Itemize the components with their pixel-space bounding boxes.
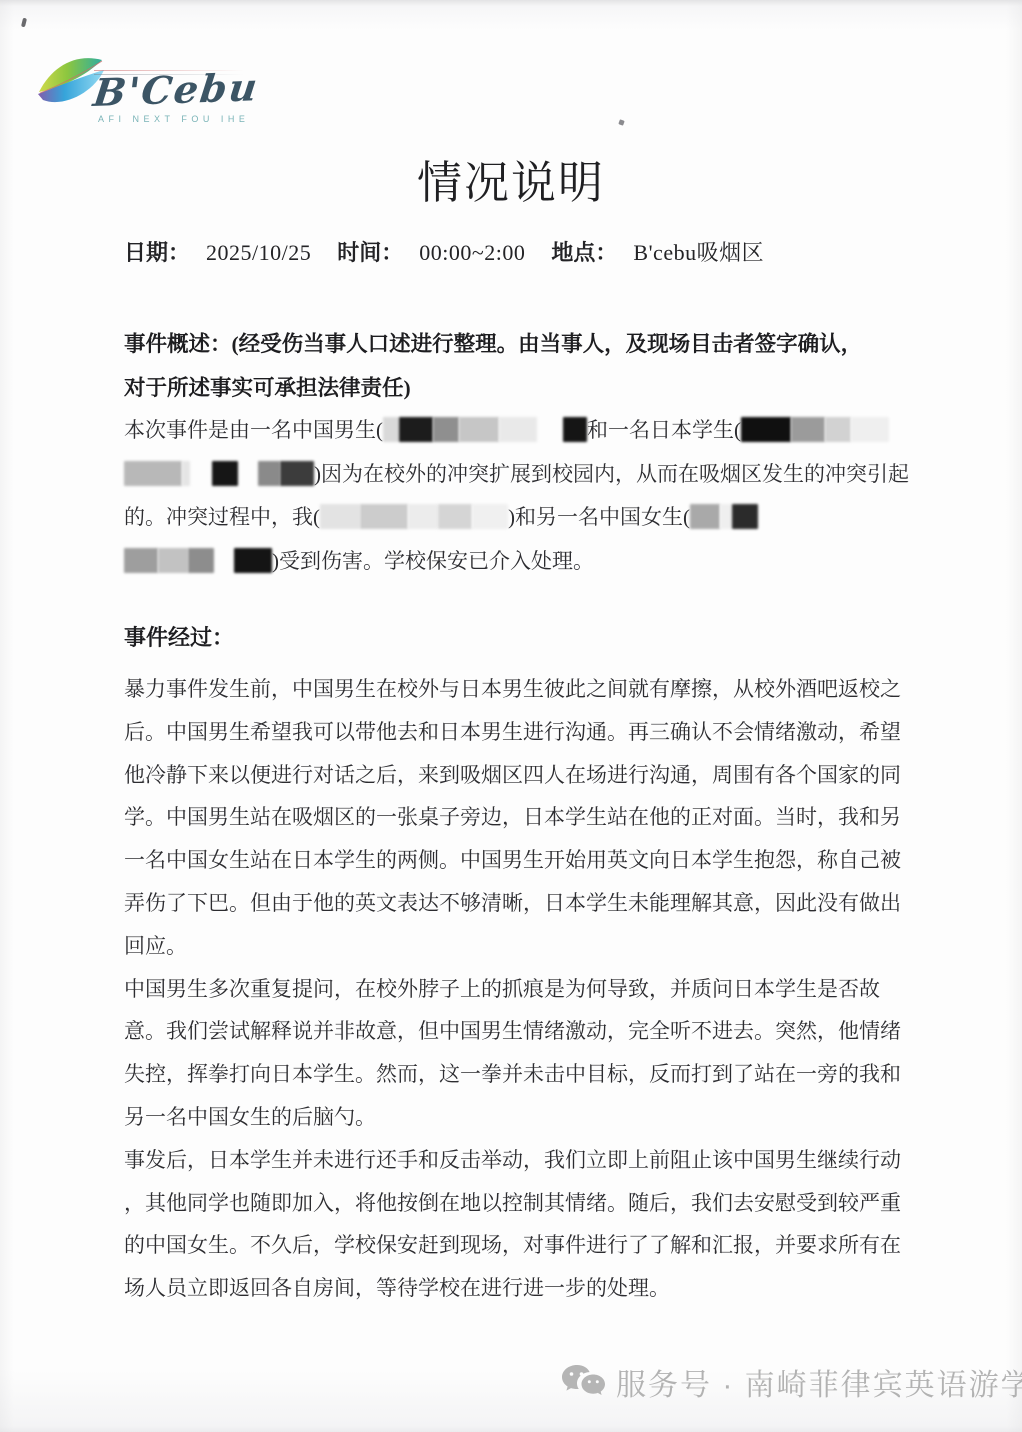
redacted-name-block	[212, 461, 238, 486]
date-value: 2025/10/25	[206, 240, 311, 265]
redacted-name-block	[383, 417, 399, 442]
text-line: 后。中国男生希望我可以带他去和日本男生进行沟通。再三确认不会情绪激动，希望	[124, 711, 924, 754]
redacted-name-block	[320, 504, 360, 529]
text-line: 意。我们尝试解释说并非故意，但中国男生情绪激动，完全听不进去。突然，他情绪	[124, 1010, 924, 1053]
process-body: 暴力事件发生前，中国男生在校外与日本男生彼此之间就有摩擦，从校外酒吧返校之后。中…	[124, 668, 924, 1310]
meta-line: 日期：2025/10/25时间：00:00~2:00地点：B'cebu吸烟区	[124, 236, 924, 267]
text-segment: )因为在校外的冲突扩展到校园内，从而在吸烟区发生的冲突引起	[314, 462, 909, 486]
text-line: 场人员立即返回各自房间，等待学校在进行进一步的处理。	[124, 1267, 924, 1310]
redacted-name-block	[732, 504, 758, 529]
scan-speck-corner	[21, 18, 27, 28]
redacted-name-block	[399, 417, 433, 442]
text-line: 失控，挥拳打向日本学生。然而，这一拳并未击中目标，反而打到了站在一旁的我和	[124, 1053, 924, 1096]
logo-brand-text: B'Cebu	[91, 65, 267, 115]
time-label: 时间：	[337, 240, 403, 265]
wechat-icon	[560, 1363, 606, 1401]
text-line: 中国男生多次重复提问，在校外脖子上的抓痕是为何导致，并质问日本学生是否故	[124, 968, 924, 1011]
text-line: 暴力事件发生前，中国男生在校外与日本男生彼此之间就有摩擦，从校外酒吧返校之	[124, 668, 924, 711]
text-line: 弄伤了下巴。但由于他的英文表达不够清晰，日本学生未能理解其意，因此没有做出	[124, 882, 924, 925]
wechat-watermark: 服务号 · 南崎菲律宾英语游学	[560, 1360, 1022, 1404]
redacted-name-block	[234, 548, 272, 573]
redacted-name-block	[720, 504, 732, 529]
text-line: 的。冲突过程中，我()和另一名中国女生(	[124, 496, 924, 540]
text-segment: 和一名日本学生(	[587, 418, 741, 442]
scanned-document-page: B'Cebu AFI NEXT FOU IHE 情况说明 日期：2025/10/…	[0, 0, 1022, 1432]
redacted-name-block	[741, 417, 791, 442]
text-line: 事发后，日本学生并未进行还手和反击举动，我们立即上前阻止该中国男生继续行动	[124, 1139, 924, 1182]
summary-body: 本次事件是由一名中国男生(和一名日本学生()因为在校外的冲突扩展到校园内，从而在…	[124, 409, 924, 583]
redacted-name-block	[499, 417, 537, 442]
text-segment: 本次事件是由一名中国男生(	[124, 418, 383, 442]
text-segment: 的。冲突过程中，我(	[124, 505, 320, 529]
redacted-name-block	[408, 504, 438, 529]
text-segment: )受到伤害。学校保安已介入处理。	[272, 549, 594, 573]
text-line: 他冷静下来以便进行对话之后，来到吸烟区四人在场进行沟通，周围有各个国家的同	[124, 754, 924, 797]
redacted-name-block	[438, 504, 472, 529]
summary-heading-line2: 对于所述事实可承担法律责任)	[124, 366, 914, 410]
text-line: 回应。	[124, 925, 924, 968]
redacted-name-block	[258, 461, 280, 486]
process-heading: 事件经过：	[124, 621, 234, 652]
redacted-name-block	[433, 417, 459, 442]
logo-tagline: AFI NEXT FOU IHE	[98, 114, 273, 124]
text-line: 本次事件是由一名中国男生(和一名日本学生(	[124, 409, 924, 453]
summary-heading-line1: 事件概述：(经受伤当事人口述进行整理。由当事人，及现场目击者签字确认，	[124, 322, 914, 366]
redacted-name-block	[360, 504, 408, 529]
redacted-name-block	[182, 461, 190, 486]
redacted-name-block	[188, 548, 214, 573]
text-line: 一名中国女生站在日本学生的两侧。中国男生开始用英文向日本学生抱怨，称自己被	[124, 839, 924, 882]
redacted-name-block	[124, 548, 158, 573]
place-value: B'cebu吸烟区	[633, 240, 764, 265]
redacted-name-block	[280, 461, 314, 486]
school-logo: B'Cebu AFI NEXT FOU IHE	[36, 44, 266, 136]
redacted-name-block	[851, 417, 889, 442]
redacted-name-block	[563, 417, 587, 442]
place-label: 地点：	[551, 240, 617, 265]
text-line: )受到伤害。学校保安已介入处理。	[124, 540, 924, 584]
redacted-name-block	[459, 417, 499, 442]
document-title: 情况说明	[0, 146, 1022, 211]
watermark-text: 服务号 · 南崎菲律宾英语游学	[616, 1360, 1022, 1404]
text-segment: )和另一名中国女生(	[508, 505, 690, 529]
redacted-name-block	[158, 548, 188, 573]
redacted-name-block	[472, 504, 508, 529]
redacted-name-block	[791, 417, 825, 442]
text-line: 的中国女生。不久后，学校保安赶到现场，对事件进行了了解和汇报，并要求所有在	[124, 1224, 924, 1267]
redacted-name-block	[690, 504, 720, 529]
text-line: )因为在校外的冲突扩展到校园内，从而在吸烟区发生的冲突引起	[124, 453, 924, 497]
redacted-name-block	[825, 417, 851, 442]
text-line: ，其他同学也随即加入，将他按倒在地以控制其情绪。随后，我们去安慰受到较严重	[124, 1182, 924, 1225]
scan-speck	[618, 119, 624, 125]
summary-heading: 事件概述：(经受伤当事人口述进行整理。由当事人，及现场目击者签字确认， 对于所述…	[124, 322, 914, 410]
redacted-name-block	[124, 461, 182, 486]
text-line: 另一名中国女生的后脑勺。	[124, 1096, 924, 1139]
time-value: 00:00~2:00	[419, 240, 525, 265]
text-line: 学。中国男生站在吸烟区的一张桌子旁边，日本学生站在他的正对面。当时，我和另	[124, 796, 924, 839]
date-label: 日期：	[124, 240, 190, 265]
